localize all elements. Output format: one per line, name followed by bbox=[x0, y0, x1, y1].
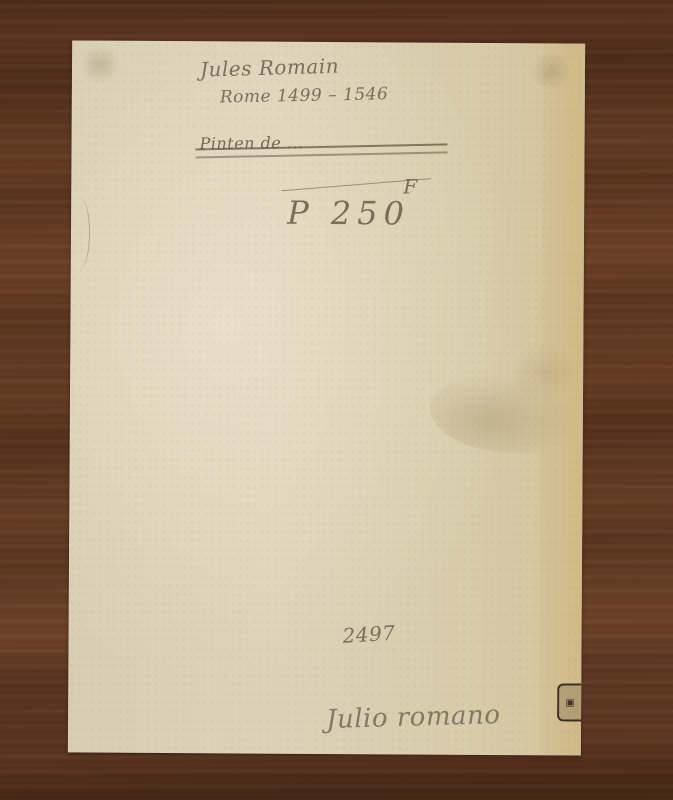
water-stain bbox=[430, 373, 580, 454]
price-value: 250 bbox=[331, 194, 410, 232]
pencil-rule-line bbox=[282, 178, 432, 191]
artist-name-note: Jules Romain bbox=[200, 54, 340, 82]
fold-mark bbox=[71, 198, 90, 268]
corner-stain-top-right bbox=[531, 51, 571, 91]
dates-note: Rome 1499 – 1546 bbox=[220, 84, 389, 107]
stamp-glyph: ▣ bbox=[565, 697, 575, 708]
inventory-number: 2497 bbox=[342, 621, 396, 648]
paper-sheet: Jules Romain Rome 1499 – 1546 Pinten de … bbox=[68, 40, 585, 755]
struck-through-note: Pinten de ... bbox=[199, 133, 303, 153]
price-mark: F bbox=[403, 174, 418, 198]
corner-stain-top-left bbox=[80, 44, 120, 84]
price-note: P 250 bbox=[287, 194, 410, 233]
signature-note: Julio romano bbox=[326, 700, 501, 735]
collector-stamp-icon: ▣ bbox=[557, 683, 581, 721]
yellowed-edge-strip bbox=[539, 43, 585, 755]
water-stain-upper bbox=[510, 343, 580, 403]
strikethrough-lines bbox=[195, 143, 447, 158]
price-letter: P bbox=[287, 194, 315, 232]
